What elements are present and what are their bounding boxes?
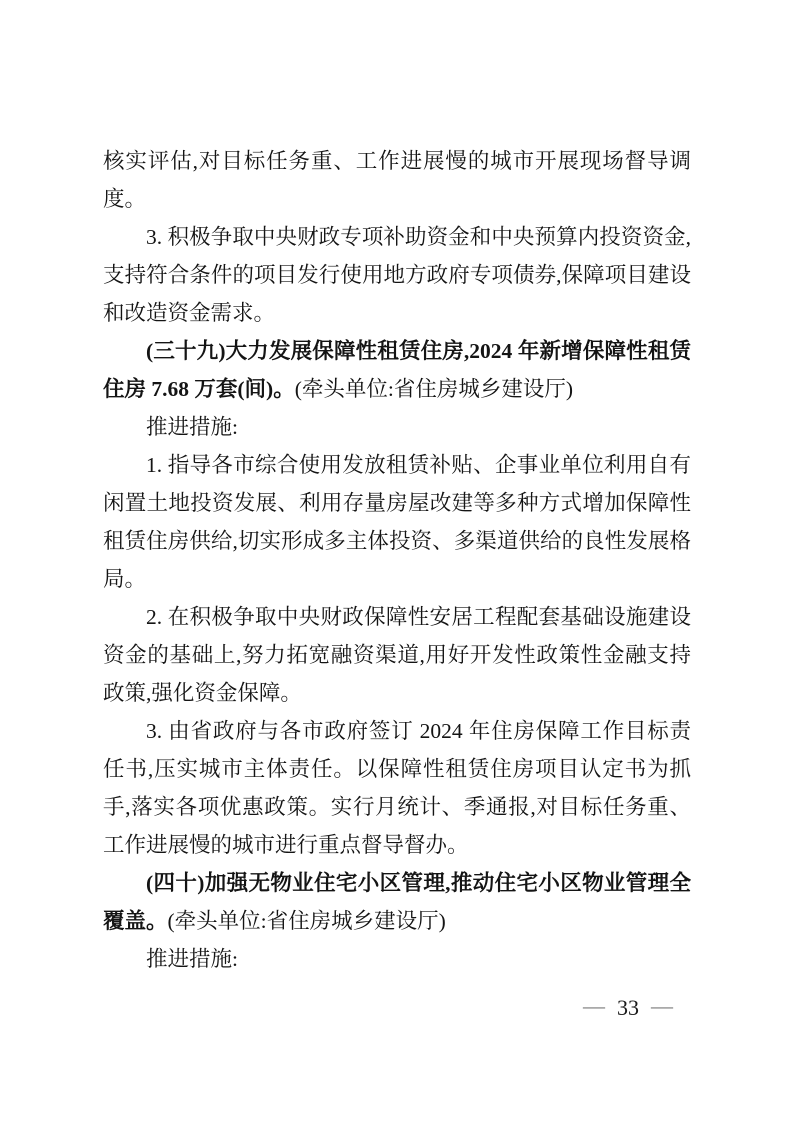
paragraph-continuation: 核实评估,对目标任务重、工作进展慢的城市开展现场督导调度。 xyxy=(103,142,691,218)
section-heading-39: (三十九)大力发展保障性租赁住房,2024 年新增保障性租赁住房 7.68 万套… xyxy=(103,332,691,408)
measures-label: 推进措施: xyxy=(103,940,691,978)
paragraph-measure-3: 3. 由省政府与各市政府签订 2024 年住房保障工作目标责任书,压实城市主体责… xyxy=(103,712,691,864)
section-heading-40: (四十)加强无物业住宅小区管理,推动住宅小区物业管理全覆盖。(牵头单位:省住房城… xyxy=(103,864,691,940)
paragraph-text: 2. 在积极争取中央财政保障性安居工程配套基础设施建设资金的基础上,努力拓宽融资… xyxy=(103,605,691,705)
page-footer: — 33 — xyxy=(583,997,673,1019)
document-page: 核实评估,对目标任务重、工作进展慢的城市开展现场督导调度。 3. 积极争取中央财… xyxy=(0,0,793,1122)
footer-dash-right: — xyxy=(651,995,673,1017)
paragraph-text: 3. 由省政府与各市政府签订 2024 年住房保障工作目标责任书,压实城市主体责… xyxy=(103,719,691,857)
paragraph-text: 核实评估,对目标任务重、工作进展慢的城市开展现场督导调度。 xyxy=(103,149,691,211)
paragraph-text: 推进措施: xyxy=(146,947,238,971)
footer-dash-left: — xyxy=(583,995,605,1017)
lead-unit-text: (牵头单位:省住房城乡建设厅) xyxy=(168,909,446,933)
paragraph-measure-1: 1. 指导各市综合使用发放租赁补贴、企事业单位利用自有闲置土地投资发展、利用存量… xyxy=(103,446,691,598)
paragraph-text: 推进措施: xyxy=(146,415,238,439)
paragraph-text: 1. 指导各市综合使用发放租赁补贴、企事业单位利用自有闲置土地投资发展、利用存量… xyxy=(103,453,691,591)
paragraph-item-3-funding: 3. 积极争取中央财政专项补助资金和中央预算内投资资金,支持符合条件的项目发行使… xyxy=(103,218,691,332)
measures-label: 推进措施: xyxy=(103,408,691,446)
document-body: 核实评估,对目标任务重、工作进展慢的城市开展现场督导调度。 3. 积极争取中央财… xyxy=(103,142,691,978)
lead-unit-text: (牵头单位:省住房城乡建设厅) xyxy=(295,377,573,401)
paragraph-measure-2: 2. 在积极争取中央财政保障性安居工程配套基础设施建设资金的基础上,努力拓宽融资… xyxy=(103,598,691,712)
page-number: 33 xyxy=(617,997,639,1019)
paragraph-text: 3. 积极争取中央财政专项补助资金和中央预算内投资资金,支持符合条件的项目发行使… xyxy=(103,225,691,325)
